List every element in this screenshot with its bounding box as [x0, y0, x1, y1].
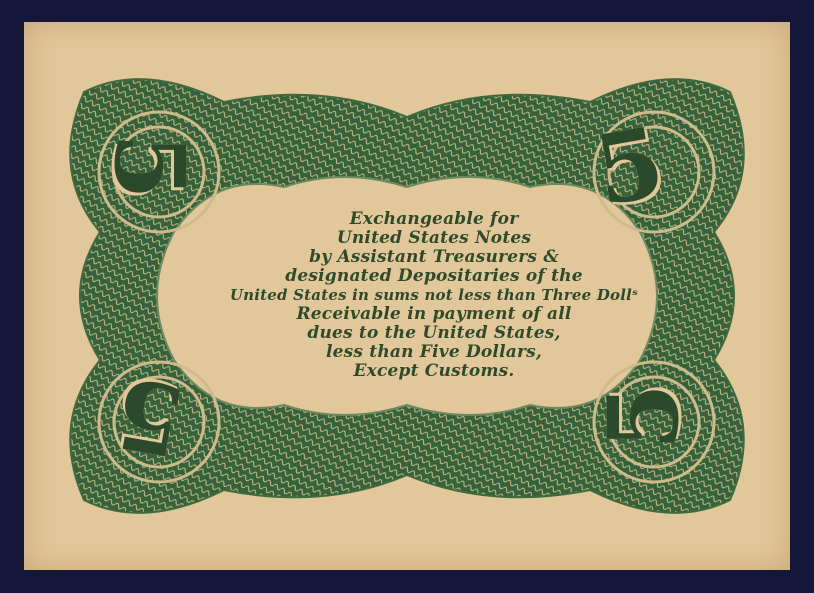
inscription-line: United States Notes [174, 229, 694, 248]
inscription-line: less than Five Dollars, [174, 343, 694, 362]
inscription-line: Exchangeable for [174, 210, 694, 229]
inscription-line: Receivable in payment of all [174, 305, 694, 324]
inscription-line: by Assistant Treasurers & [174, 248, 694, 267]
inscription-line: United States in sums not less than Thre… [174, 286, 694, 305]
inscription-line: Except Customs. [174, 362, 694, 381]
banknote: 5 5 5 5 Exchangeable for United States N… [24, 22, 790, 570]
inscription-line: dues to the United States, [174, 324, 694, 343]
note-inscription: Exchangeable for United States Notes by … [174, 210, 694, 381]
denomination-bottom-right: 5 [587, 383, 700, 450]
denomination-top-left: 5 [93, 133, 206, 200]
inscription-line: designated Depositaries of the [174, 267, 694, 286]
